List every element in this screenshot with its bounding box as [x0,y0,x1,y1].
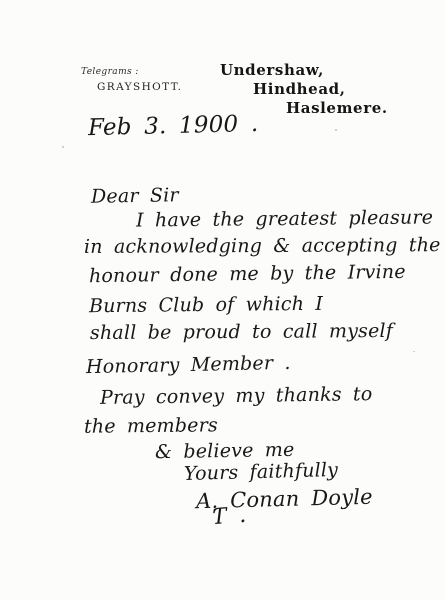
closing-line: & believe me [155,439,295,463]
telegrams-label: Telegrams : [81,67,139,77]
body-line: honour done me by the Irvine [89,261,406,287]
body-line: Burns Club of which I [89,293,323,317]
body-line: Honorary Member . [86,352,291,378]
body-line: shall be proud to call myself [90,320,393,344]
salutation: Dear Sir [91,184,179,208]
closing-line: Yours faithfully [184,459,339,485]
letter-page: Telegrams : GRAYSHOTT. Undershaw, Hindhe… [0,0,445,600]
telegrams-address: GRAYSHOTT. [97,81,182,93]
letterhead-address-line: Haslemere. [286,99,388,117]
letterhead-address-line: Hindhead, [253,80,346,98]
signature-flourish: Ƭ . [211,503,247,530]
scan-speckle [413,351,415,352]
scan-speckle [335,129,337,131]
body-line: the members [84,414,218,437]
body-line: Pray convey my thanks to [100,383,373,409]
body-line: in acknowledging & accepting the [84,234,441,258]
letter-date: Feb 3. 1900 . [88,111,259,141]
body-line: I have the greatest pleasure [136,206,433,231]
scan-speckle [62,146,64,148]
letterhead-address-line: Undershaw, [220,61,324,79]
